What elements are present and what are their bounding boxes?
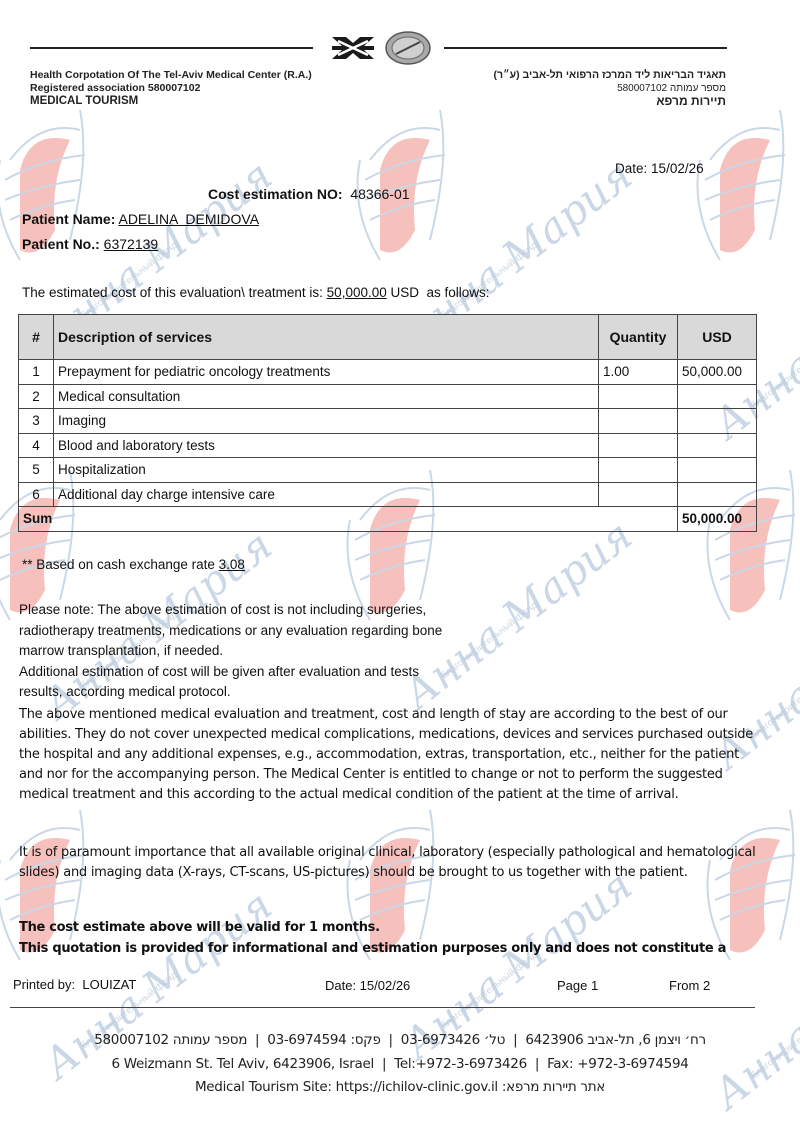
medical-tourism-site[interactable]: Medical Tourism Site: https://ichilov-cl…: [0, 1079, 800, 1095]
note-line: radiotherapy treatments, medications or …: [19, 621, 509, 642]
row-number: 5: [19, 458, 54, 483]
date-value: 15/02/26: [651, 161, 704, 176]
page-number: Page 1: [557, 978, 598, 993]
row-number: 4: [19, 433, 54, 458]
table-row: 4Blood and laboratory tests: [19, 433, 757, 458]
round-seal-icon: [384, 30, 432, 66]
row-number: 2: [19, 384, 54, 409]
estimation-number: Cost estimation NO: 48366-01: [208, 186, 410, 202]
header-rule-right: [444, 47, 727, 49]
row-description: Additional day charge intensive care: [54, 482, 599, 507]
header-org-he: תאגיד הבריאות ליד המרכז הרפואי תל-אביב (…: [494, 69, 726, 108]
footer-rule: [10, 1007, 755, 1008]
row-quantity: [599, 409, 678, 434]
estimate-amount: 50,000.00: [327, 285, 387, 300]
row-usd: [678, 384, 757, 409]
table-row: 6Additional day charge intensive care: [19, 482, 757, 507]
row-usd: [678, 409, 757, 434]
row-description: Prepayment for pediatric oncology treatm…: [54, 360, 599, 385]
patient-no-value: 6372139: [104, 236, 159, 252]
estimate-summary: The estimated cost of this evaluation\ t…: [22, 285, 490, 300]
col-number: #: [19, 315, 54, 360]
org-name-he: תאגיד הבריאות ליד המרכז הרפואי תל-אביב (…: [494, 69, 726, 82]
row-quantity: [599, 482, 678, 507]
row-number: 1: [19, 360, 54, 385]
row-description: Blood and laboratory tests: [54, 433, 599, 458]
patient-no-label: Patient No.:: [22, 236, 100, 252]
patient-name-label: Patient Name:: [22, 211, 115, 227]
note-line: marrow transplantation, if needed.: [19, 641, 509, 662]
row-quantity: [599, 458, 678, 483]
table-sum-row: Sum 50,000.00: [19, 507, 757, 532]
validity-notice: The cost estimate above will be valid fo…: [19, 920, 380, 935]
printed-by: Printed by: LOUIZAT: [13, 977, 136, 992]
row-quantity: 1.00: [599, 360, 678, 385]
patient-number: Patient No.: 6372139: [22, 236, 158, 252]
table-row: 3Imaging: [19, 409, 757, 434]
estimation-label: Cost estimation NO:: [208, 186, 343, 202]
table-row: 5Hospitalization: [19, 458, 757, 483]
row-number: 6: [19, 482, 54, 507]
page-total: From 2: [669, 978, 710, 993]
sum-label: Sum: [19, 507, 678, 532]
exchange-rate-value: 3.08: [219, 557, 245, 572]
address-english: 6 Weizmann St. Tel Aviv, 6423906, Israel…: [0, 1056, 800, 1072]
exchange-rate: ** Based on cash exchange rate 3.08: [22, 557, 245, 572]
disclaimer-paragraph: The above mentioned medical evaluation a…: [19, 705, 764, 805]
table-row: 2Medical consultation: [19, 384, 757, 409]
services-table: # Description of services Quantity USD 1…: [18, 314, 757, 532]
row-usd: [678, 458, 757, 483]
row-usd: [678, 433, 757, 458]
note-line: results, according medical protocol.: [19, 682, 509, 703]
patient-name-value: ADELINA DEMIDOVA: [118, 211, 259, 227]
estimation-value: 48366-01: [350, 186, 409, 202]
registered-association-en: Registered association 580007102: [30, 82, 312, 95]
please-note: Please note: The above estimation of cos…: [19, 600, 509, 703]
row-description: Hospitalization: [54, 458, 599, 483]
document-date: Date: 15/02/26: [615, 161, 704, 176]
col-description: Description of services: [54, 315, 599, 360]
row-number: 3: [19, 409, 54, 434]
header-org-en: Health Corpotation Of The Tel-Aviv Medic…: [30, 69, 312, 108]
row-usd: [678, 482, 757, 507]
row-description: Medical consultation: [54, 384, 599, 409]
header-rule-left: [30, 47, 313, 49]
note-line: Please note: The above estimation of cos…: [19, 600, 509, 621]
sum-value: 50,000.00: [678, 507, 757, 532]
org-name-en: Health Corpotation Of The Tel-Aviv Medic…: [30, 69, 312, 82]
hospital-emblem-icon: [328, 33, 378, 63]
col-usd: USD: [678, 315, 757, 360]
note-line: Additional estimation of cost will be gi…: [19, 662, 509, 683]
row-quantity: [599, 384, 678, 409]
department-en: MEDICAL TOURISM: [30, 95, 312, 108]
print-date: Date: 15/02/26: [325, 978, 410, 993]
row-description: Imaging: [54, 409, 599, 434]
data-requirement-paragraph: It is of paramount importance that all a…: [19, 843, 764, 883]
patient-name: Patient Name: ADELINA DEMIDOVA: [22, 211, 259, 227]
table-row: 1Prepayment for pediatric oncology treat…: [19, 360, 757, 385]
col-quantity: Quantity: [599, 315, 678, 360]
row-usd: 50,000.00: [678, 360, 757, 385]
row-quantity: [599, 433, 678, 458]
document-page: Health Corpotation Of The Tel-Aviv Medic…: [0, 0, 800, 1127]
address-hebrew: רח׳ ויצמן 6, תל-אביב 6423906 | טל׳ 03-69…: [0, 1032, 800, 1048]
quotation-disclaimer: This quotation is provided for informati…: [19, 941, 726, 956]
department-he: תיירות מרפא: [494, 95, 726, 108]
table-header-row: # Description of services Quantity USD: [19, 315, 757, 360]
